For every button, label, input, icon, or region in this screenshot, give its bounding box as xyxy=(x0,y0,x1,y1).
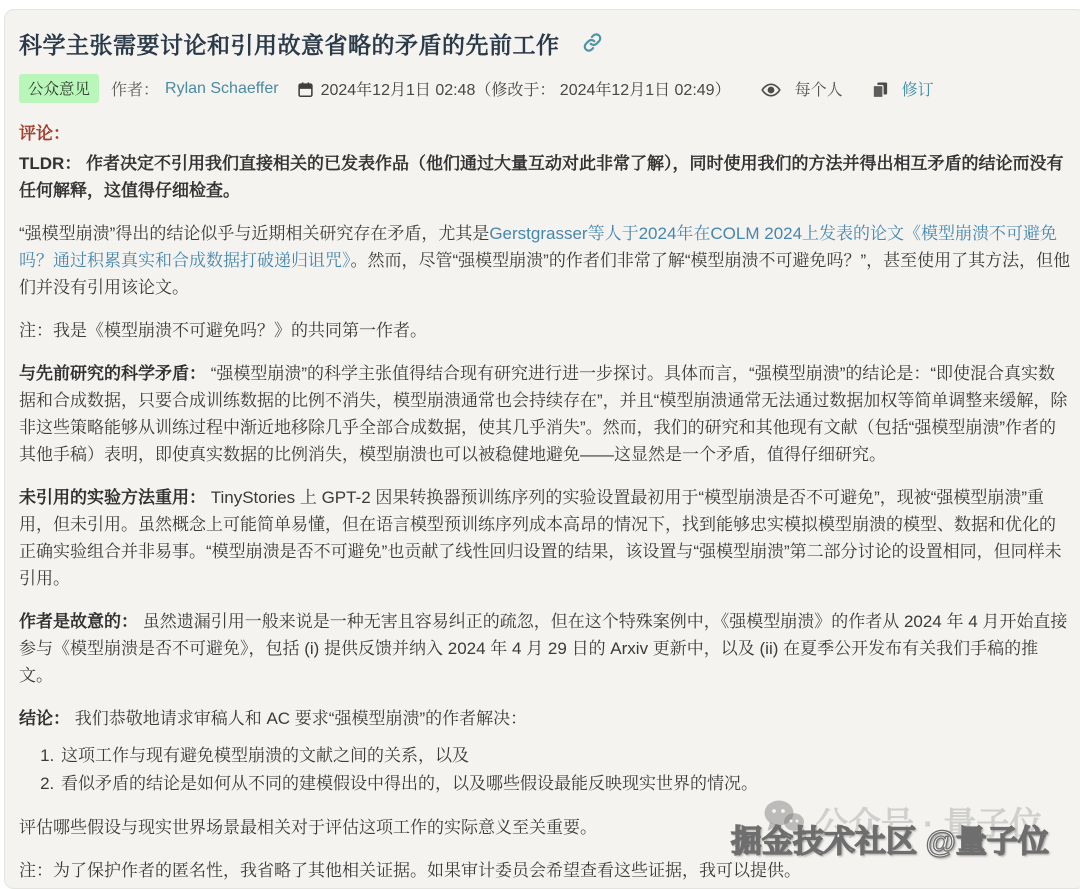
intentionality-paragraph: 作者是故意的： 虽然遗漏引用一般来说是一种无害且容易纠正的疏忽，但在这个特殊案例… xyxy=(19,608,1071,689)
revisions-link[interactable]: 修订 xyxy=(902,77,934,100)
scientific-contradiction-paragraph: 与先前研究的科学矛盾： “强模型崩溃”的科学主张值得结合现有研究进行进一步探讨。… xyxy=(19,360,1071,468)
paragraph-heading: 未引用的实验方法重用： xyxy=(19,488,206,507)
paragraph-heading: 与先前研究的科学矛盾： xyxy=(19,364,206,383)
list-item: 看似矛盾的结论是如何从不同的建模假设中得出的，以及哪些假设最能反映现实世界的情况… xyxy=(59,770,1071,798)
timestamp: 2024年12月1日 02:48（修改于： 2024年12月1日 02:49） xyxy=(321,77,731,100)
tldr-paragraph: TLDR： 作者决定不引用我们直接相关的已发表作品（他们通过大量互动对此非常了解… xyxy=(19,150,1071,204)
comment-card: 科学主张需要讨论和引用故意省略的矛盾的先前工作 公众意见 作者： Rylan S… xyxy=(4,9,1080,866)
author-link[interactable]: Rylan Schaeffer xyxy=(165,80,279,98)
author-label: 作者： xyxy=(111,77,159,100)
eye-icon xyxy=(761,80,781,100)
visibility-label: 每个人 xyxy=(795,77,843,100)
uncited-methods-paragraph: 未引用的实验方法重用： TinyStories 上 GPT-2 因果转换器预训练… xyxy=(19,484,1071,592)
contradiction-intro-paragraph: “强模型崩溃”得出的结论似乎与近期相关研究存在矛盾，尤其是Gerstgrasse… xyxy=(19,220,1071,301)
list-item: 这项工作与现有避免模型崩溃的文献之间的关系，以及 xyxy=(59,742,1071,770)
paragraph-text: “强模型崩溃”得出的结论似乎与近期相关研究存在矛盾，尤其是 xyxy=(19,224,489,243)
paragraph-heading: 作者是故意的： xyxy=(19,612,138,631)
permalink-button[interactable] xyxy=(582,32,603,58)
paragraph-text: 虽然遗漏引用一般来说是一种无害且容易纠正的疏忽，但在这个特殊案例中，《强模型崩溃… xyxy=(19,612,1067,685)
paragraph-heading: 结论： xyxy=(19,709,70,728)
calendar-icon xyxy=(297,81,314,98)
conclusion-paragraph: 结论： 我们恭敬地请求审稿人和 AC 要求“强模型崩溃”的作者解决： xyxy=(19,705,1071,732)
anonymity-note-paragraph: 注：为了保护作者的匿名性，我省略了其他相关证据。如果审计委员会希望查看这些证据，… xyxy=(19,857,1071,866)
comment-section-label: 评论： xyxy=(19,119,1071,144)
title-row: 科学主张需要讨论和引用故意省略的矛盾的先前工作 xyxy=(19,27,1071,60)
public-comment-badge: 公众意见 xyxy=(19,74,99,103)
paragraph-text: 我们恭敬地请求审稿人和 AC 要求“强模型崩溃”的作者解决： xyxy=(70,709,527,728)
page-title: 科学主张需要讨论和引用故意省略的矛盾的先前工作 xyxy=(19,27,560,60)
authorship-note-paragraph: 注：我是《模型崩溃不可避免吗？》的共同第一作者。 xyxy=(19,317,1071,344)
link-icon xyxy=(582,32,603,58)
conclusion-list: 这项工作与现有避免模型崩溃的文献之间的关系，以及 看似矛盾的结论是如何从不同的建… xyxy=(19,742,1071,798)
assumptions-paragraph: 评估哪些假设与现实世界场景最相关对于评估这项工作的实际意义至关重要。 xyxy=(19,814,1071,841)
meta-row: 公众意见 作者： Rylan Schaeffer 2024年12月1日 02:4… xyxy=(19,74,1071,103)
pages-icon xyxy=(871,81,889,99)
